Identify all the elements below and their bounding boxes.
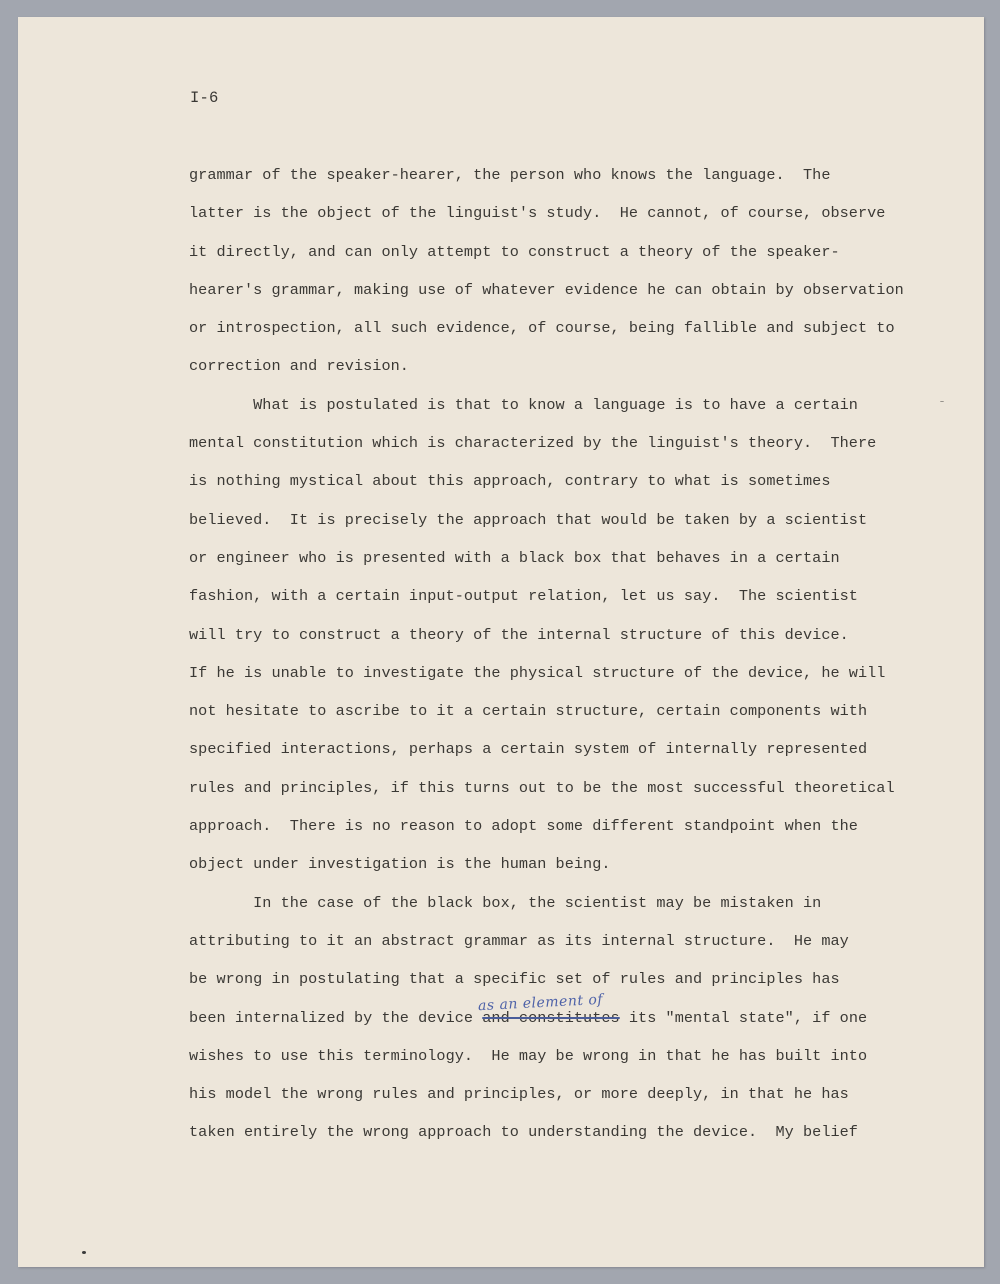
line-text-before: been internalized by the device (189, 1009, 482, 1027)
text-line: mental constitution which is characteriz… (189, 433, 904, 471)
body-text: grammar of the speaker-hearer, the perso… (189, 165, 904, 1161)
text-line: will try to construct a theory of the in… (189, 625, 904, 663)
text-line: object under investigation is the human … (189, 854, 904, 892)
text-line: it directly, and can only attempt to con… (189, 242, 904, 280)
text-line: wishes to use this terminology. He may b… (189, 1046, 904, 1084)
text-line: specified interactions, perhaps a certai… (189, 739, 904, 777)
text-line: attributing to it an abstract grammar as… (189, 931, 904, 969)
text-line: is nothing mystical about this approach,… (189, 471, 904, 509)
text-line: What is postulated is that to know a lan… (189, 395, 904, 433)
text-line: or engineer who is presented with a blac… (189, 548, 904, 586)
text-line: taken entirely the wrong approach to und… (189, 1122, 904, 1160)
text-line: grammar of the speaker-hearer, the perso… (189, 165, 904, 203)
page-number: I-6 (190, 89, 219, 107)
text-line: If he is unable to investigate the physi… (189, 663, 904, 701)
text-line: rules and principles, if this turns out … (189, 778, 904, 816)
edit-region: and constitutesas an element of (482, 1009, 619, 1027)
text-line: approach. There is no reason to adopt so… (189, 816, 904, 854)
line-text-after: its "mental state", if one (620, 1009, 867, 1027)
document-page: I-6 grammar of the speaker-hearer, the p… (18, 17, 984, 1267)
text-line: latter is the object of the linguist's s… (189, 203, 904, 241)
text-line: correction and revision. (189, 356, 904, 394)
text-line: fashion, with a certain input-output rel… (189, 586, 904, 624)
text-line: his model the wrong rules and principles… (189, 1084, 904, 1122)
paper-speck (940, 401, 944, 402)
text-line: not hesitate to ascribe to it a certain … (189, 701, 904, 739)
text-line: or introspection, all such evidence, of … (189, 318, 904, 356)
text-line: believed. It is precisely the approach t… (189, 510, 904, 548)
text-line: been internalized by the device and cons… (189, 1008, 904, 1046)
paper-speck (82, 1251, 86, 1254)
text-line: In the case of the black box, the scient… (189, 893, 904, 931)
text-line: hearer's grammar, making use of whatever… (189, 280, 904, 318)
